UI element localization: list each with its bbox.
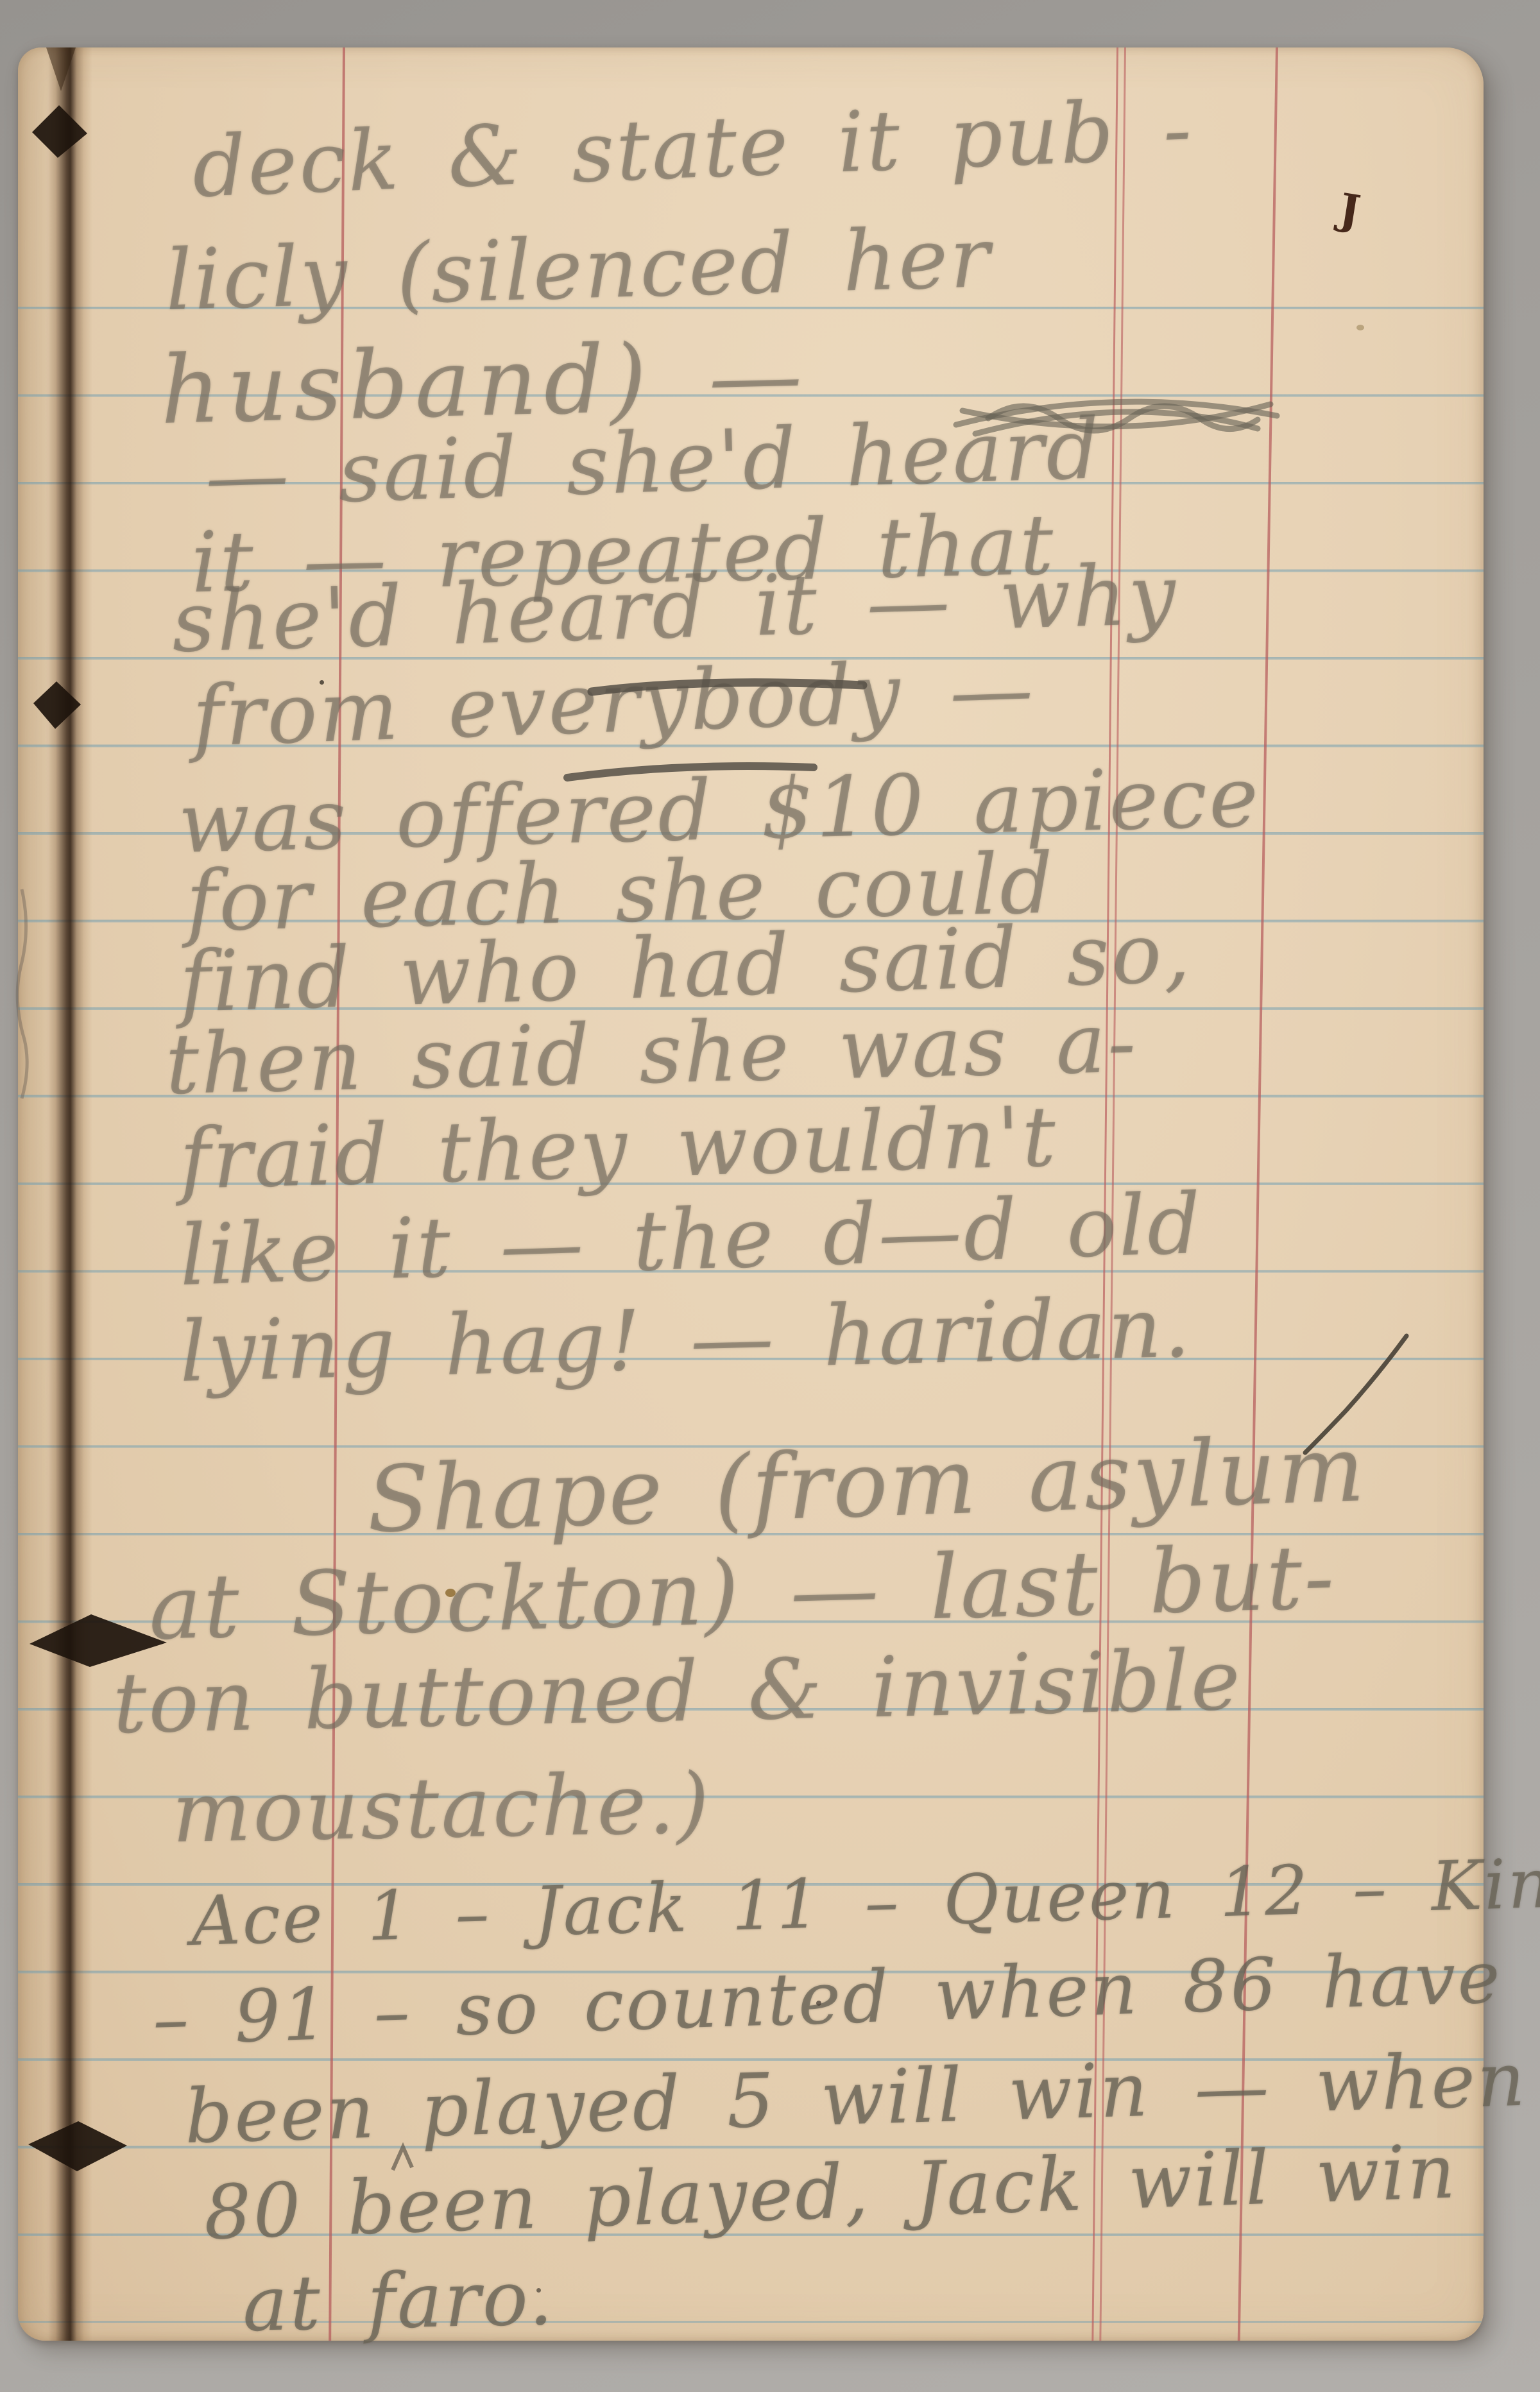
handwriting-line: ton buttoned & invisible bbox=[112, 1638, 1243, 1745]
paper-speck bbox=[320, 680, 324, 685]
handwriting-line: licly (silenced her bbox=[164, 216, 993, 322]
handwriting-line: lying hag! — haridan. bbox=[178, 1285, 1193, 1394]
paper-speck bbox=[536, 2288, 541, 2293]
handwriting-line: at faro. bbox=[242, 2260, 556, 2342]
handwriting-line: moustache.) bbox=[171, 1761, 712, 1854]
handwriting-line: from everybody — bbox=[191, 647, 1036, 758]
paper-speck bbox=[816, 2001, 821, 2006]
binding-crease bbox=[46, 47, 92, 2341]
paper-speck bbox=[445, 1589, 456, 1597]
scanned-notebook-photo: deck & state it pub - licly (silenced he… bbox=[0, 0, 1540, 2392]
paper-speck bbox=[1356, 325, 1364, 330]
